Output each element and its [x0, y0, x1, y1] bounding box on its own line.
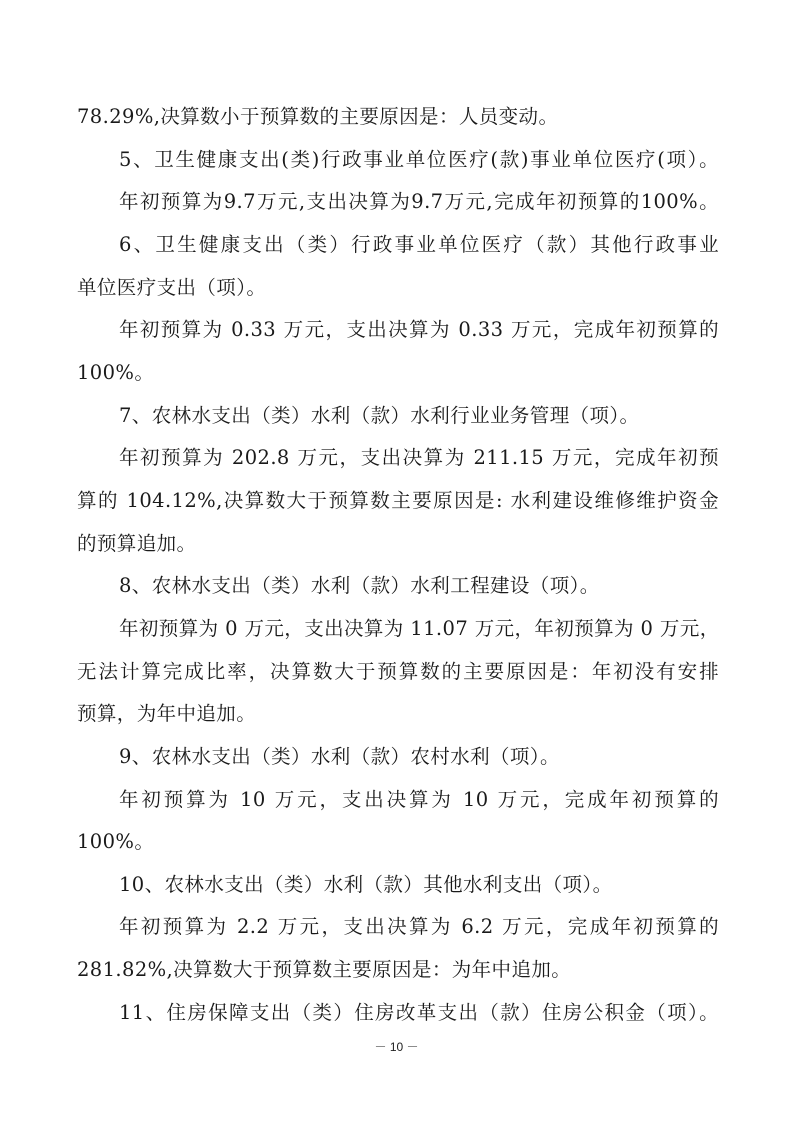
text-line: 的预算追加。 — [77, 523, 719, 566]
text-line: 6、卫生健康支出（类）行政事业单位医疗（款）其他行政事业 — [77, 224, 719, 267]
text-line: 年初预算为 0.33 万元，支出决算为 0.33 万元，完成年初预算的 — [77, 309, 719, 352]
text-line: 281.82%,决算数大于预算数主要原因是：为年中追加。 — [77, 949, 719, 992]
page-number: － 10 － — [0, 1038, 793, 1055]
text-line: 100%。 — [77, 821, 719, 864]
text-line: 78.29%,决算数小于预算数的主要原因是：人员变动。 — [77, 96, 719, 139]
text-line: 9、农林水支出（类）水利（款）农村水利（项）。 — [77, 736, 719, 779]
text-line: 年初预算为 10 万元，支出决算为 10 万元，完成年初预算的 — [77, 779, 719, 822]
text-line: 年初预算为 0 万元，支出决算为 11.07 万元，年初预算为 0 万元， — [77, 608, 719, 651]
text-line: 无法计算完成比率，决算数大于预算数的主要原因是：年初没有安排 — [77, 651, 719, 694]
text-line: 年初预算为 202.8 万元，支出决算为 211.15 万元，完成年初预 — [77, 437, 719, 480]
text-line: 5、卫生健康支出(类)行政事业单位医疗(款)事业单位医疗(项）。 — [77, 139, 719, 182]
text-line: 10、农林水支出（类）水利（款）其他水利支出（项）。 — [77, 864, 719, 907]
text-line: 算的 104.12%,决算数大于预算数主要原因是: 水利建设维修维护资金 — [77, 480, 719, 523]
text-line: 100%。 — [77, 352, 719, 395]
document-body: 78.29%,决算数小于预算数的主要原因是：人员变动。 5、卫生健康支出(类)行… — [77, 96, 719, 1034]
text-line: 预算，为年中追加。 — [77, 693, 719, 736]
text-line: 年初预算为9.7万元,支出决算为9.7万元,完成年初预算的100%。 — [77, 181, 719, 224]
text-line: 年初预算为 2.2 万元，支出决算为 6.2 万元，完成年初预算的 — [77, 906, 719, 949]
text-line: 8、农林水支出（类）水利（款）水利工程建设（项）。 — [77, 565, 719, 608]
text-line: 单位医疗支出（项）。 — [77, 267, 719, 310]
text-line: 11、住房保障支出（类）住房改革支出（款）住房公积金（项）。 — [77, 992, 719, 1035]
text-line: 7、农林水支出（类）水利（款）水利行业业务管理（项）。 — [77, 395, 719, 438]
